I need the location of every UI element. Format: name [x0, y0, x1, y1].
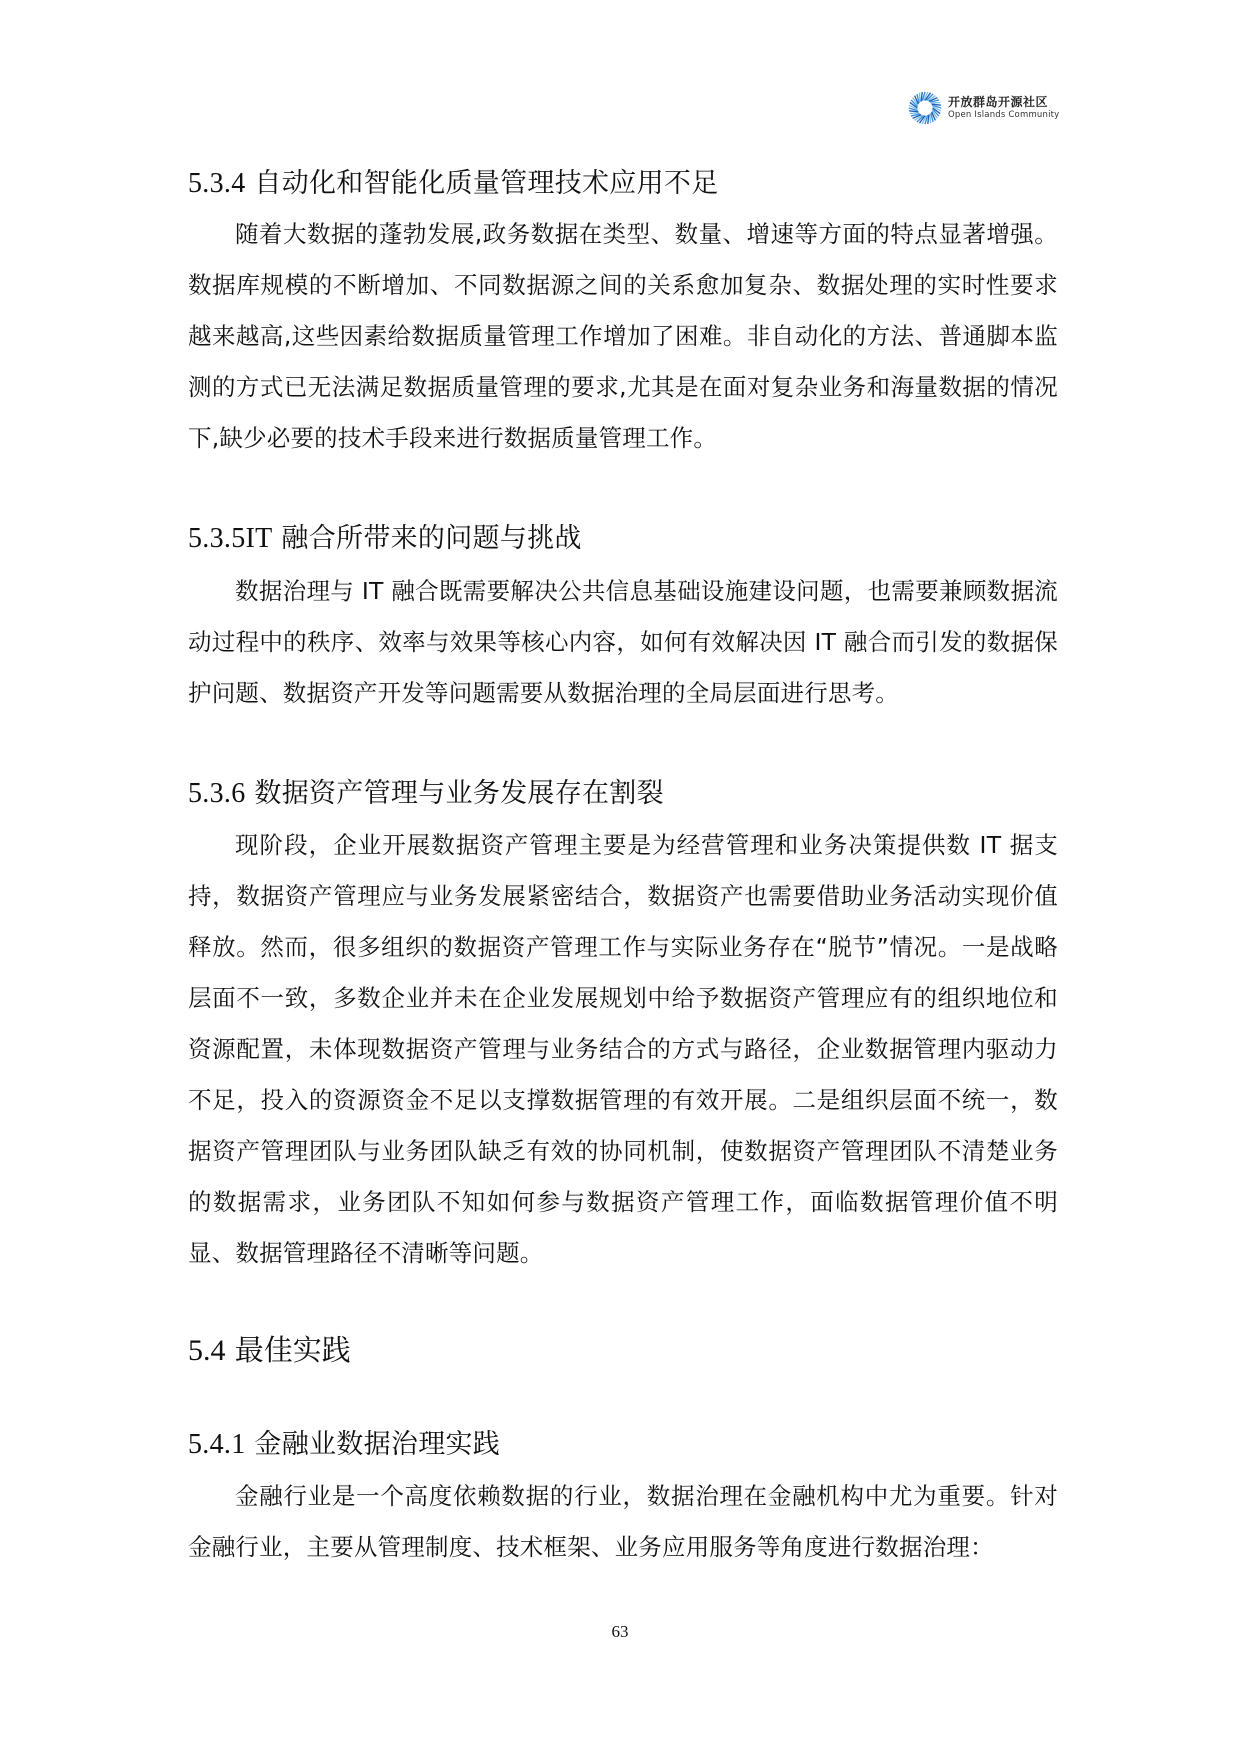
logo-chinese-name: 开放群岛开源社区	[948, 96, 1059, 108]
section-paragraph-5-3-5: 数据治理与 IT 融合既需要解决公共信息基础设施建设问题，也需要兼顾数据流动过程…	[188, 566, 1058, 719]
radial-sunburst-icon	[908, 91, 942, 125]
logo-english-name: Open Islands Community	[948, 111, 1059, 120]
section-paragraph-5-3-4: 随着大数据的蓬勃发展,政务数据在类型、数量、增速等方面的特点显著增强。数据库规模…	[188, 209, 1058, 464]
section-heading-5-3-4: 5.3.4 自动化和智能化质量管理技术应用不足	[188, 161, 719, 200]
section-paragraph-5-3-6: 现阶段，企业开展数据资产管理主要是为经营管理和业务决策提供数 IT 据支持，数据…	[188, 820, 1058, 1279]
section-paragraph-5-4-1: 金融行业是一个高度依赖数据的行业，数据治理在金融机构中尤为重要。针对金融行业，主…	[188, 1471, 1058, 1573]
section-heading-5-3-5: 5.3.5IT 融合所带来的问题与挑战	[188, 516, 582, 555]
community-logo: 开放群岛开源社区 Open Islands Community	[908, 90, 1059, 126]
section-heading-5-3-6: 5.3.6 数据资产管理与业务发展存在割裂	[188, 771, 664, 810]
page-number: 63	[0, 1622, 1240, 1642]
chapter-heading-5-4: 5.4 最佳实践	[188, 1328, 351, 1369]
section-heading-5-4-1: 5.4.1 金融业数据治理实践	[188, 1422, 500, 1461]
